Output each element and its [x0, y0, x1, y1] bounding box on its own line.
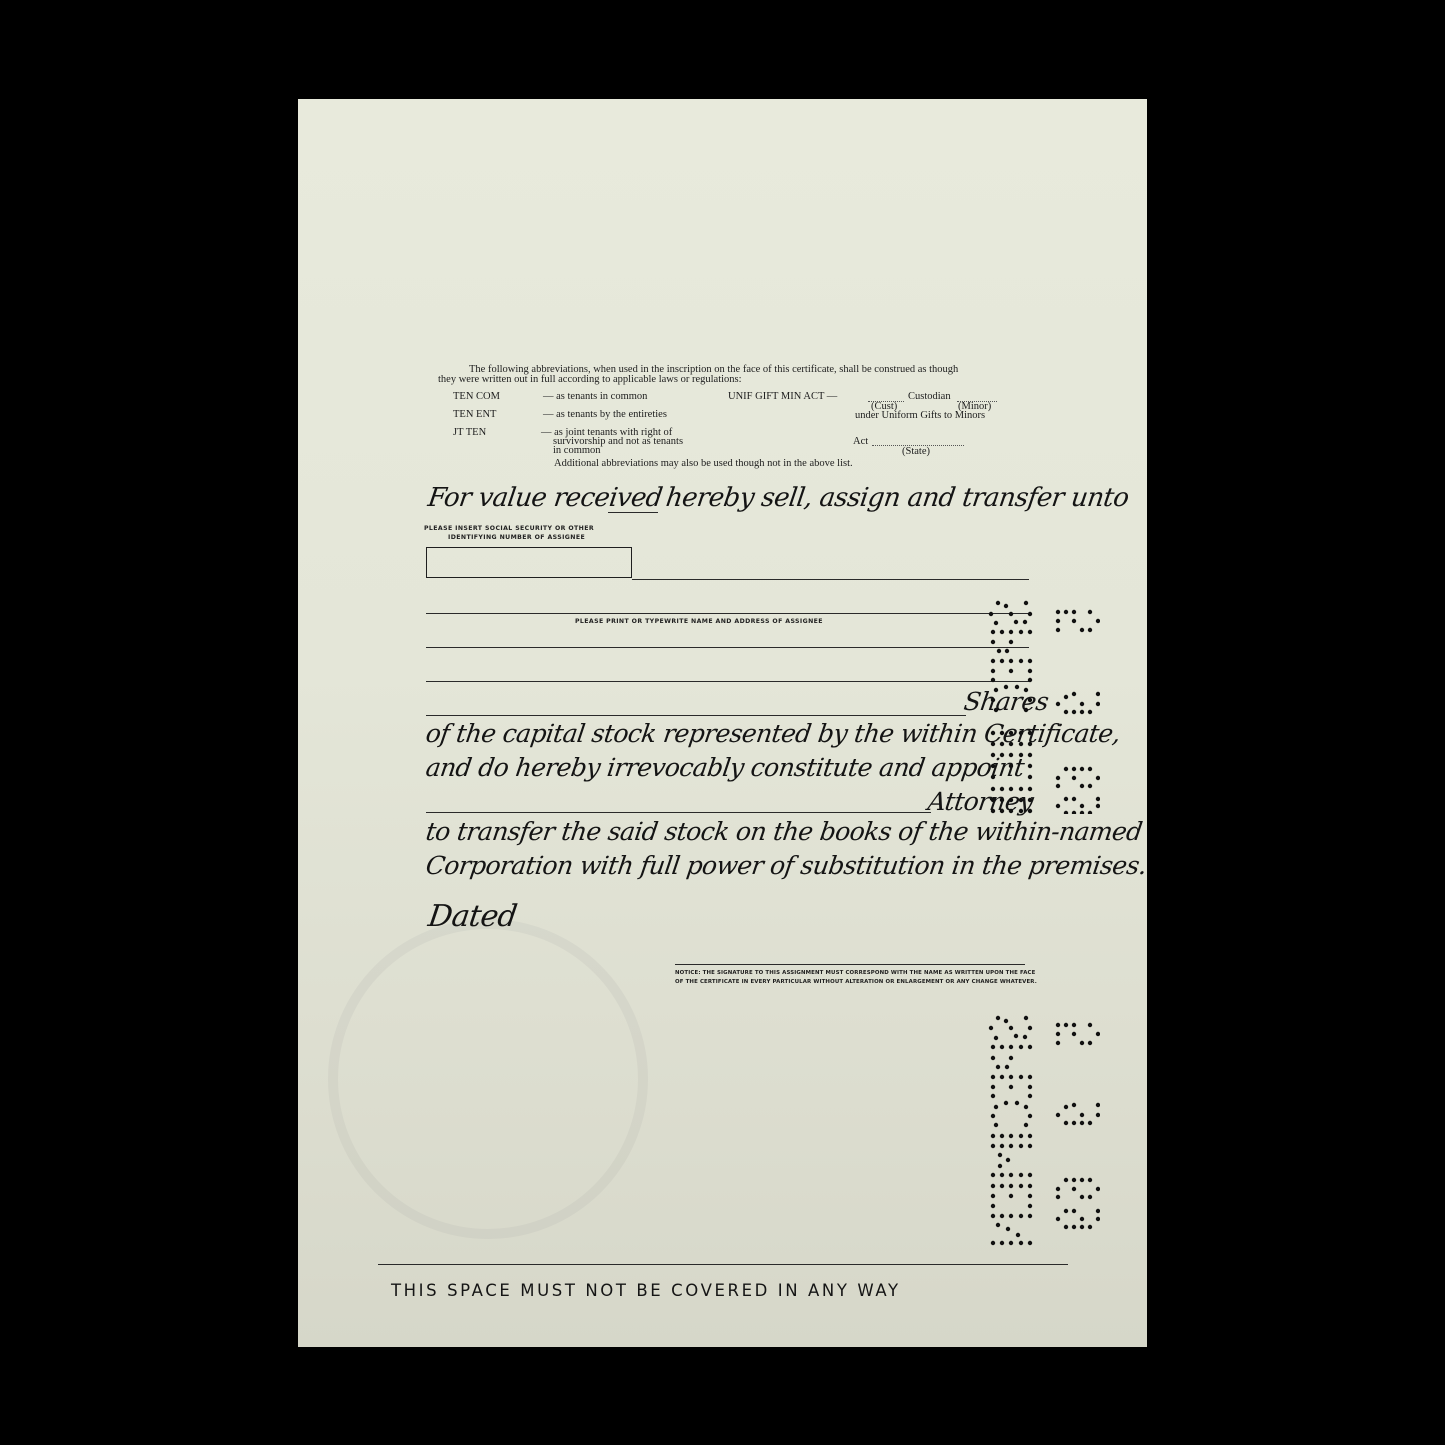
bleed-through-watermark — [328, 919, 648, 1239]
abbr-jt-ten: JT TEN — [453, 427, 486, 438]
ugma-under-line: under Uniform Gifts to Minors — [855, 410, 985, 421]
ugma-act-label: Act — [853, 436, 868, 447]
abbr-ten-ent: TEN ENT — [453, 409, 496, 420]
certificate-back-page: The following abbreviations, when used i… — [298, 99, 1147, 1347]
assignee-line-3[interactable] — [426, 647, 1029, 648]
abbreviations-intro-line2: they were written out in full according … — [438, 374, 742, 385]
name-address-caption: PLEASE PRINT OR TYPEWRITE NAME AND ADDRE… — [575, 618, 823, 625]
ugma-state-caption: (State) — [902, 446, 930, 457]
additional-abbreviations-note: Additional abbreviations may also be use… — [554, 458, 853, 469]
footer-divider — [378, 1264, 1068, 1265]
appoint-line: and do hereby irrevocably constitute and… — [424, 753, 1026, 782]
abbr-ten-com: TEN COM — [453, 391, 500, 402]
assignee-line-4[interactable] — [426, 681, 1029, 682]
ssn-caption-line2: IDENTIFYING NUMBER OF ASSIGNEE — [448, 534, 585, 541]
ssn-caption-line1: PLEASE INSERT SOCIAL SECURITY OR OTHER — [424, 525, 594, 532]
signature-line[interactable] — [675, 964, 1025, 965]
attorney-line[interactable] — [426, 812, 931, 813]
cancellation-perforation-lower-digits — [1050, 1017, 1100, 1237]
transfer-line: to transfer the said stock on the books … — [424, 817, 1144, 846]
ugma-custodian: Custodian — [908, 391, 951, 402]
cancellation-perforation-upper-letters — [978, 589, 1034, 829]
footer-warning-text: THIS SPACE MUST NOT BE COVERED IN ANY WA… — [391, 1281, 901, 1300]
cancellation-perforation-lower-letters — [978, 1009, 1034, 1249]
cancellation-perforation-upper-digits — [1050, 604, 1100, 814]
signature-notice-line2: OF THE CERTIFICATE IN EVERY PARTICULAR W… — [675, 977, 1037, 987]
abbr-jt-ten-meaning-line3: in common — [553, 445, 601, 456]
abbr-ten-com-meaning: — as tenants in common — [543, 391, 647, 402]
for-value-received-text: For value received — [426, 483, 664, 513]
ugma-label: UNIF GIFT MIN ACT — — [728, 391, 837, 402]
assignor-blank-line[interactable] — [608, 512, 658, 513]
ssn-input-box[interactable] — [426, 547, 632, 578]
assignee-line-2[interactable] — [426, 613, 1029, 614]
corporation-line: Corporation with full power of substitut… — [424, 851, 1148, 880]
assignee-line-1[interactable] — [632, 579, 1029, 580]
dated-field[interactable] — [518, 935, 519, 936]
dated-label: Dated — [426, 899, 519, 934]
hereby-transfer-text: hereby sell, assign and transfer unto — [664, 483, 1131, 513]
shares-line[interactable] — [426, 715, 966, 716]
abbr-ten-ent-meaning: — as tenants by the entireties — [543, 409, 667, 420]
